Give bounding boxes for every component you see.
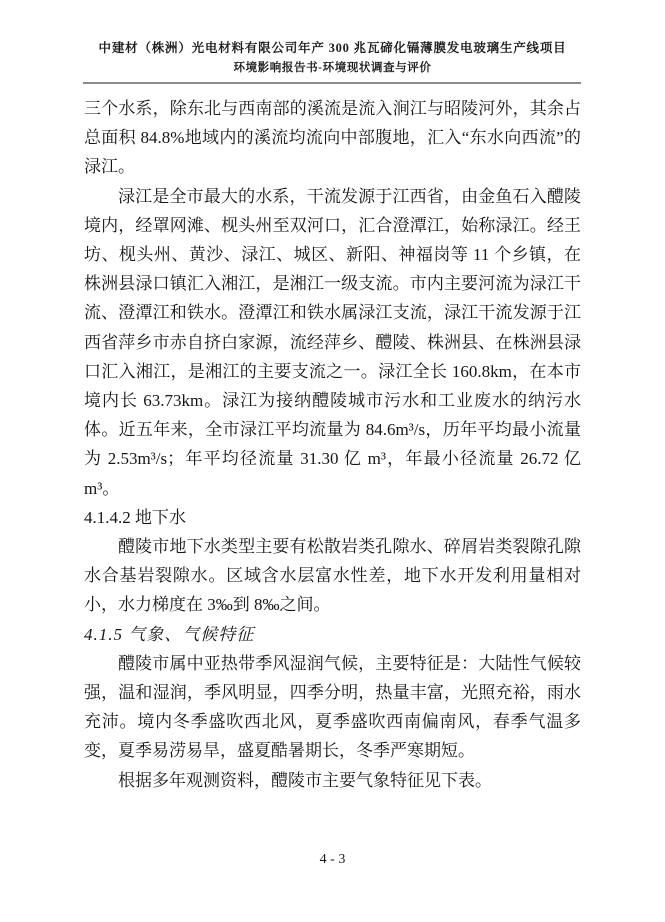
header-divider-rule [83,82,581,84]
document-body: 三个水系，除东北与西南部的溪流是流入涧江与昭陵河外，其余占总面积 84.8%地域… [84,94,581,795]
paragraph-climate: 醴陵市属中亚热带季风湿润气候，主要特征是：大陆性气候较强，温和湿润，季风明显，四… [84,649,581,766]
document-page: 中建材（株洲）光电材料有限公司年产 300 兆瓦碲化镉薄膜发电玻璃生产线项目 环… [0,0,665,922]
paragraph-groundwater: 醴陵市地下水类型主要有松散岩类孔隙水、碎屑岩类裂隙孔隙水合基岩裂隙水。区域含水层… [84,532,581,620]
header-project-title: 中建材（株洲）光电材料有限公司年产 300 兆瓦碲化镉薄膜发电玻璃生产线项目 [0,38,665,58]
page-header: 中建材（株洲）光电材料有限公司年产 300 兆瓦碲化镉薄膜发电玻璃生产线项目 环… [0,38,665,78]
page-footer: 4 - 3 [0,852,665,868]
heading-groundwater-section: 4.1.4.2 地下水 [84,503,581,532]
paragraph-lujiang-river: 渌江是全市最大的水系，干流发源于江西省，由金鱼石入醴陵境内，经罩网滩、枧头州至双… [84,182,581,503]
heading-climate-section: 4.1.5 气象、气候特征 [84,620,581,649]
header-report-subtitle: 环境影响报告书-环境现状调查与评价 [0,58,665,78]
page-number: 4 - 3 [320,852,346,867]
paragraph-water-system-continuation: 三个水系，除东北与西南部的溪流是流入涧江与昭陵河外，其余占总面积 84.8%地域… [84,94,581,182]
paragraph-table-reference: 根据多年观测资料，醴陵市主要气象特征见下表。 [84,766,581,795]
